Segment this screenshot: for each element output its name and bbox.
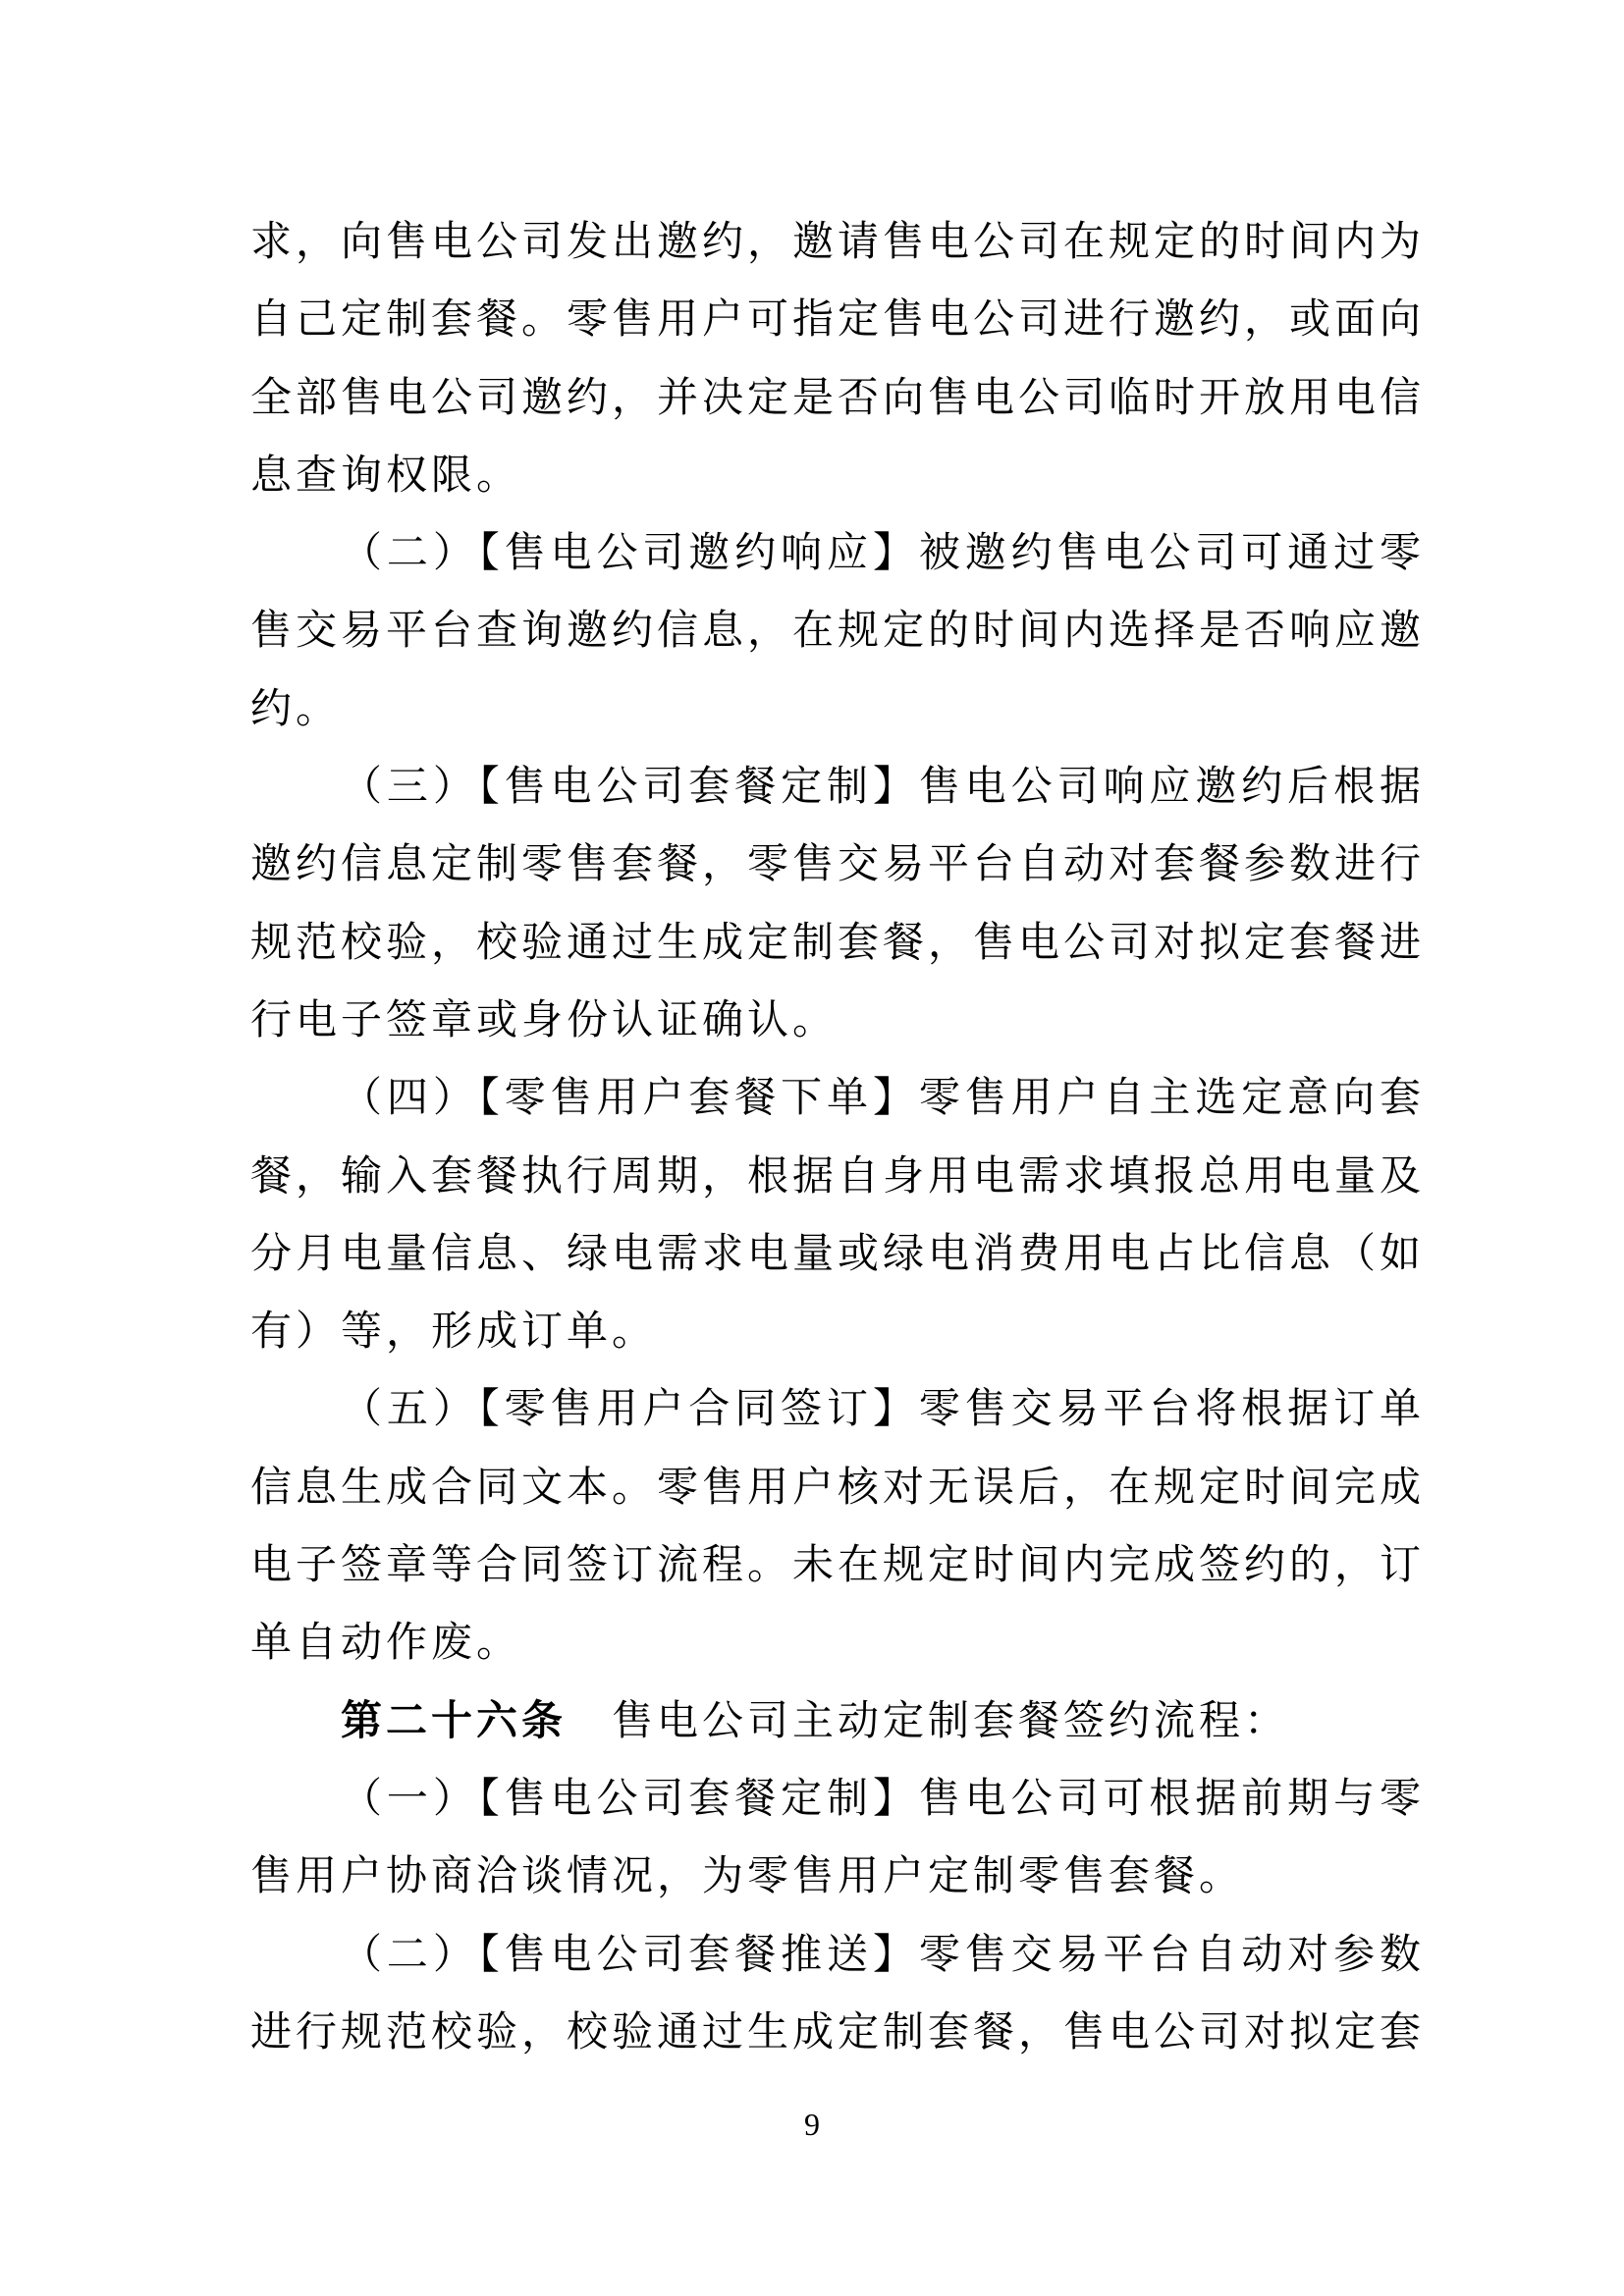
paragraph-article-26: 第二十六条 售电公司主动定制套餐签约流程： [250, 1683, 1425, 1761]
paragraph-continuation: 求，向售电公司发出邀约，邀请售电公司在规定的时间内为自己定制套餐。零售用户可指定… [250, 204, 1425, 515]
paragraph-clause-4: （四）【零售用户套餐下单】零售用户自主选定意向套餐，输入套餐执行周期，根据自身用… [250, 1060, 1425, 1371]
article-26-number: 第二十六条 [341, 1699, 567, 1744]
paragraph-clause-1: （一）【售电公司套餐定制】售电公司可根据前期与零售用户协商洽谈情况，为零售用户定… [250, 1761, 1425, 1917]
paragraph-clause-2: （二）【售电公司邀约响应】被邀约售电公司可通过零售交易平台查询邀约信息，在规定的… [250, 515, 1425, 749]
paragraph-clause-5: （五）【零售用户合同签订】零售交易平台将根据订单信息生成合同文本。零售用户核对无… [250, 1371, 1425, 1682]
paragraph-clause-2b: （二）【售电公司套餐推送】零售交易平台自动对参数进行规范校验，校验通过生成定制套… [250, 1917, 1425, 2073]
document-body: 求，向售电公司发出邀约，邀请售电公司在规定的时间内为自己定制套餐。零售用户可指定… [250, 204, 1425, 2072]
page-number: 9 [0, 2105, 1624, 2144]
article-26-title: 售电公司主动定制套餐签约流程： [567, 1699, 1289, 1744]
document-page: 求，向售电公司发出邀约，邀请售电公司在规定的时间内为自己定制套餐。零售用户可指定… [0, 0, 1624, 2296]
paragraph-clause-3: （三）【售电公司套餐定制】售电公司响应邀约后根据邀约信息定制零售套餐，零售交易平… [250, 749, 1425, 1060]
